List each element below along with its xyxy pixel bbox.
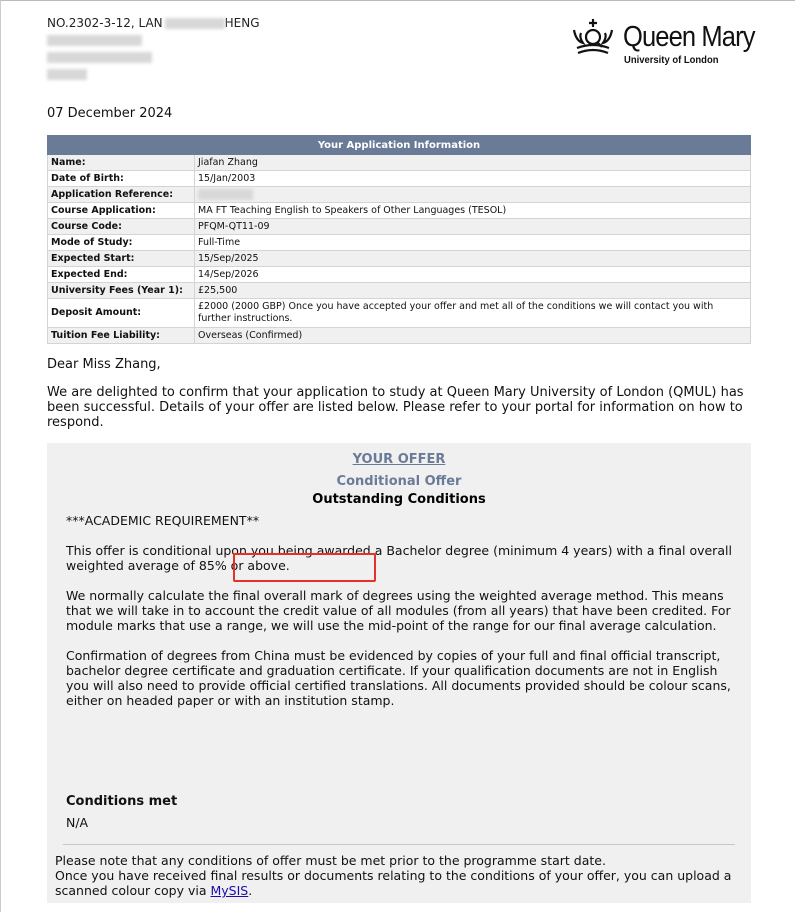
row-label: Application Reference:	[48, 187, 195, 203]
address-line-2	[47, 32, 260, 49]
application-info-rows: Name:Jiafan ZhangDate of Birth:15/Jan/20…	[48, 155, 751, 344]
address-line-3	[47, 49, 260, 66]
table-row: Deposit Amount:£2000 (2000 GBP) Once you…	[48, 299, 751, 328]
row-label: Mode of Study:	[48, 235, 195, 251]
table-row: Name:Jiafan Zhang	[48, 155, 751, 171]
row-label: Name:	[48, 155, 195, 171]
row-value: 15/Sep/2025	[195, 251, 751, 267]
row-value: 14/Sep/2026	[195, 267, 751, 283]
table-row: University Fees (Year 1):£25,500	[48, 283, 751, 299]
conditions-met-heading: Conditions met	[66, 794, 177, 809]
footer-line-2: Once you have received final results or …	[55, 868, 750, 898]
recipient-address: NO.2302-3-12, LANHENG	[47, 15, 260, 83]
row-value: Jiafan Zhang	[195, 155, 751, 171]
address-line-1-suffix: HENG	[225, 16, 260, 30]
redaction-blur	[47, 35, 142, 46]
offer-section: YOUR OFFER Conditional Offer Outstanding…	[47, 443, 751, 903]
row-value: Overseas (Confirmed)	[195, 328, 751, 344]
row-label: Expected Start:	[48, 251, 195, 267]
row-value: £2000 (2000 GBP) Once you have accepted …	[195, 299, 751, 328]
row-value: Full-Time	[195, 235, 751, 251]
table-row: Application Reference:	[48, 187, 751, 203]
row-value: MA FT Teaching English to Speakers of Ot…	[195, 203, 751, 219]
footer-line-2-end: .	[248, 883, 252, 898]
row-label: University Fees (Year 1):	[48, 283, 195, 299]
footer-note: Please note that any conditions of offer…	[55, 853, 750, 898]
row-value: £25,500	[195, 283, 751, 299]
divider	[63, 844, 735, 845]
crown-icon	[571, 17, 615, 57]
logo-sub-text: University of London	[624, 54, 719, 66]
highlight-annotation	[233, 553, 376, 582]
table-row: Tuition Fee Liability:Overseas (Confirme…	[48, 328, 751, 344]
table-row: Course Code:PFQM-QT11-09	[48, 219, 751, 235]
mysis-link[interactable]: MySIS	[211, 883, 249, 898]
offer-type: Conditional Offer	[47, 474, 751, 489]
table-row: Expected Start:15/Sep/2025	[48, 251, 751, 267]
conditions-met-value: N/A	[66, 815, 88, 830]
redaction-blur	[198, 189, 253, 200]
application-info-table: Your Application Information Name:Jiafan…	[47, 135, 751, 344]
address-line-1-text: NO.2302-3-12, LAN	[47, 16, 163, 30]
redaction-blur	[165, 18, 225, 29]
qmul-logo: Queen Mary University of London	[571, 17, 761, 67]
table-row: Date of Birth:15/Jan/2003	[48, 171, 751, 187]
row-value: PFQM-QT11-09	[195, 219, 751, 235]
conditions-text: ***ACADEMIC REQUIREMENT** This offer is …	[66, 513, 736, 723]
academic-requirement-heading: ***ACADEMIC REQUIREMENT**	[66, 513, 736, 528]
address-line-4	[47, 66, 260, 83]
application-info-header: Your Application Information	[48, 136, 751, 155]
condition-calculation: We normally calculate the final overall …	[66, 588, 736, 633]
row-label: Course Code:	[48, 219, 195, 235]
condition-documents: Confirmation of degrees from China must …	[66, 648, 736, 708]
row-value: 15/Jan/2003	[195, 171, 751, 187]
row-label: Expected End:	[48, 267, 195, 283]
table-row: Course Application:MA FT Teaching Englis…	[48, 203, 751, 219]
offer-title: YOUR OFFER	[47, 452, 751, 467]
logo-main-text: Queen Mary	[623, 21, 755, 54]
letter-date: 07 December 2024	[47, 106, 172, 121]
row-label: Deposit Amount:	[48, 299, 195, 328]
table-row: Mode of Study:Full-Time	[48, 235, 751, 251]
row-label: Date of Birth:	[48, 171, 195, 187]
row-value	[195, 187, 751, 203]
outstanding-conditions-heading: Outstanding Conditions	[47, 492, 751, 507]
intro-paragraph: We are delighted to confirm that your ap…	[47, 385, 747, 430]
row-label: Course Application:	[48, 203, 195, 219]
redaction-blur	[47, 52, 152, 63]
condition-degree: This offer is conditional upon you being…	[66, 543, 736, 573]
table-row: Expected End:14/Sep/2026	[48, 267, 751, 283]
greeting: Dear Miss Zhang,	[47, 357, 161, 372]
redaction-blur	[47, 69, 87, 80]
address-line-1: NO.2302-3-12, LANHENG	[47, 15, 260, 32]
row-label: Tuition Fee Liability:	[48, 328, 195, 344]
footer-line-2-text: Once you have received final results or …	[55, 868, 731, 898]
footer-line-1: Please note that any conditions of offer…	[55, 853, 750, 868]
